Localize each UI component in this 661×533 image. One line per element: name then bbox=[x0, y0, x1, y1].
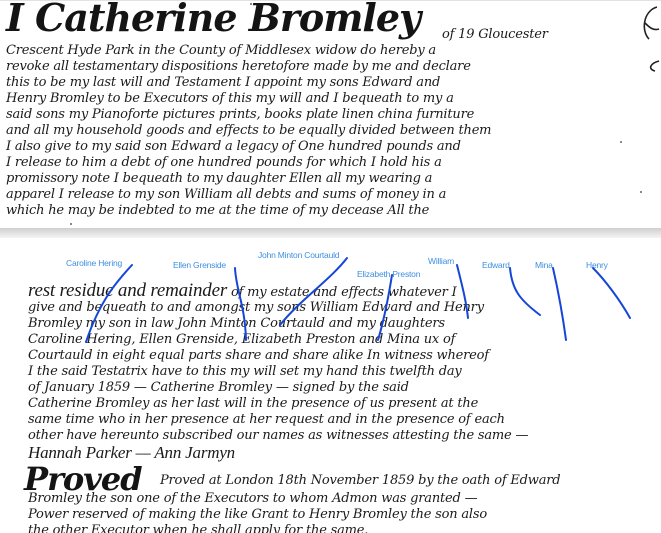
will-line: I the said Testatrix have to this my wil… bbox=[28, 364, 462, 379]
annotation-label-ellen-grenside[interactable]: Ellen Grenside bbox=[173, 260, 226, 270]
annotation-label-mina[interactable]: Mina bbox=[535, 260, 553, 270]
will-line: and all my household goods and effects t… bbox=[6, 123, 491, 138]
annotation-label-elizabeth-preston[interactable]: Elizabeth Preston bbox=[357, 269, 420, 279]
will-line: the other Executor when he shall apply f… bbox=[28, 523, 368, 533]
margin-flourish-icon bbox=[635, 1, 661, 101]
will-line: Courtauld in eight equal parts share and… bbox=[28, 348, 489, 363]
will-line: same time who in her presence at her req… bbox=[28, 412, 505, 427]
will-line: I also give to my said son Edward a lega… bbox=[6, 139, 461, 154]
panel-divider bbox=[0, 228, 661, 238]
scan-speck bbox=[640, 191, 642, 193]
annotation-label-john-minton-courtauld[interactable]: John Minton Courtauld bbox=[258, 250, 339, 260]
will-line: Catherine Bromley as her last will in th… bbox=[28, 396, 478, 411]
scan-speck bbox=[70, 223, 72, 225]
will-line: give and bequeath to and amongst my sons… bbox=[28, 300, 484, 315]
will-line: Henry Bromley to be Executors of this my… bbox=[6, 91, 454, 106]
will-line: of 19 Gloucester bbox=[442, 27, 548, 42]
will-line: Crescent Hyde Park in the County of Midd… bbox=[6, 43, 436, 58]
will-line: apparel I release to my son William all … bbox=[6, 187, 446, 202]
will-line: said sons my Pianoforte pictures prints,… bbox=[6, 107, 474, 122]
will-scan-top-panel: I Catherine Bromley of 19 Gloucester Cre… bbox=[0, 0, 661, 229]
will-line: which he may be indebted to me at the ti… bbox=[6, 203, 429, 218]
will-line: promissory note I bequeath to my daughte… bbox=[6, 171, 432, 186]
will-line: other have hereunto subscribed our names… bbox=[28, 428, 528, 443]
annotation-label-caroline-hering[interactable]: Caroline Hering bbox=[66, 258, 122, 268]
scan-speck bbox=[250, 3, 252, 5]
will-line: of January 1859 — Catherine Bromley — si… bbox=[28, 380, 409, 395]
will-line: Bromley the son one of the Executors to … bbox=[28, 491, 477, 506]
will-line: revoke all testamentary dispositions her… bbox=[6, 59, 471, 74]
will-line: this to be my last will and Testament I … bbox=[6, 75, 440, 90]
will-line-rest: of my estate and effects whatever I bbox=[231, 285, 457, 300]
will-line: rest residue and remainder of my estate … bbox=[28, 280, 457, 302]
scan-speck bbox=[620, 141, 622, 143]
annotation-label-henry[interactable]: Henry bbox=[586, 260, 608, 270]
will-scan-bottom-panel: rest residue and remainder of my estate … bbox=[0, 238, 661, 533]
will-line: Power reserved of making the like Grant … bbox=[28, 507, 487, 522]
will-line: Bromley my son in law John Minton Courta… bbox=[28, 316, 445, 331]
annotation-label-william[interactable]: William bbox=[428, 256, 454, 266]
will-line: I release to him a debt of one hundred p… bbox=[6, 155, 442, 170]
will-line: Caroline Hering, Ellen Grenside, Elizabe… bbox=[28, 332, 455, 347]
residue-phrase: rest residue and remainder bbox=[28, 280, 227, 301]
will-line: Proved at London 18th November 1859 by t… bbox=[160, 473, 560, 488]
annotation-label-edward[interactable]: Edward bbox=[482, 260, 510, 270]
will-heading: I Catherine Bromley bbox=[6, 0, 420, 40]
